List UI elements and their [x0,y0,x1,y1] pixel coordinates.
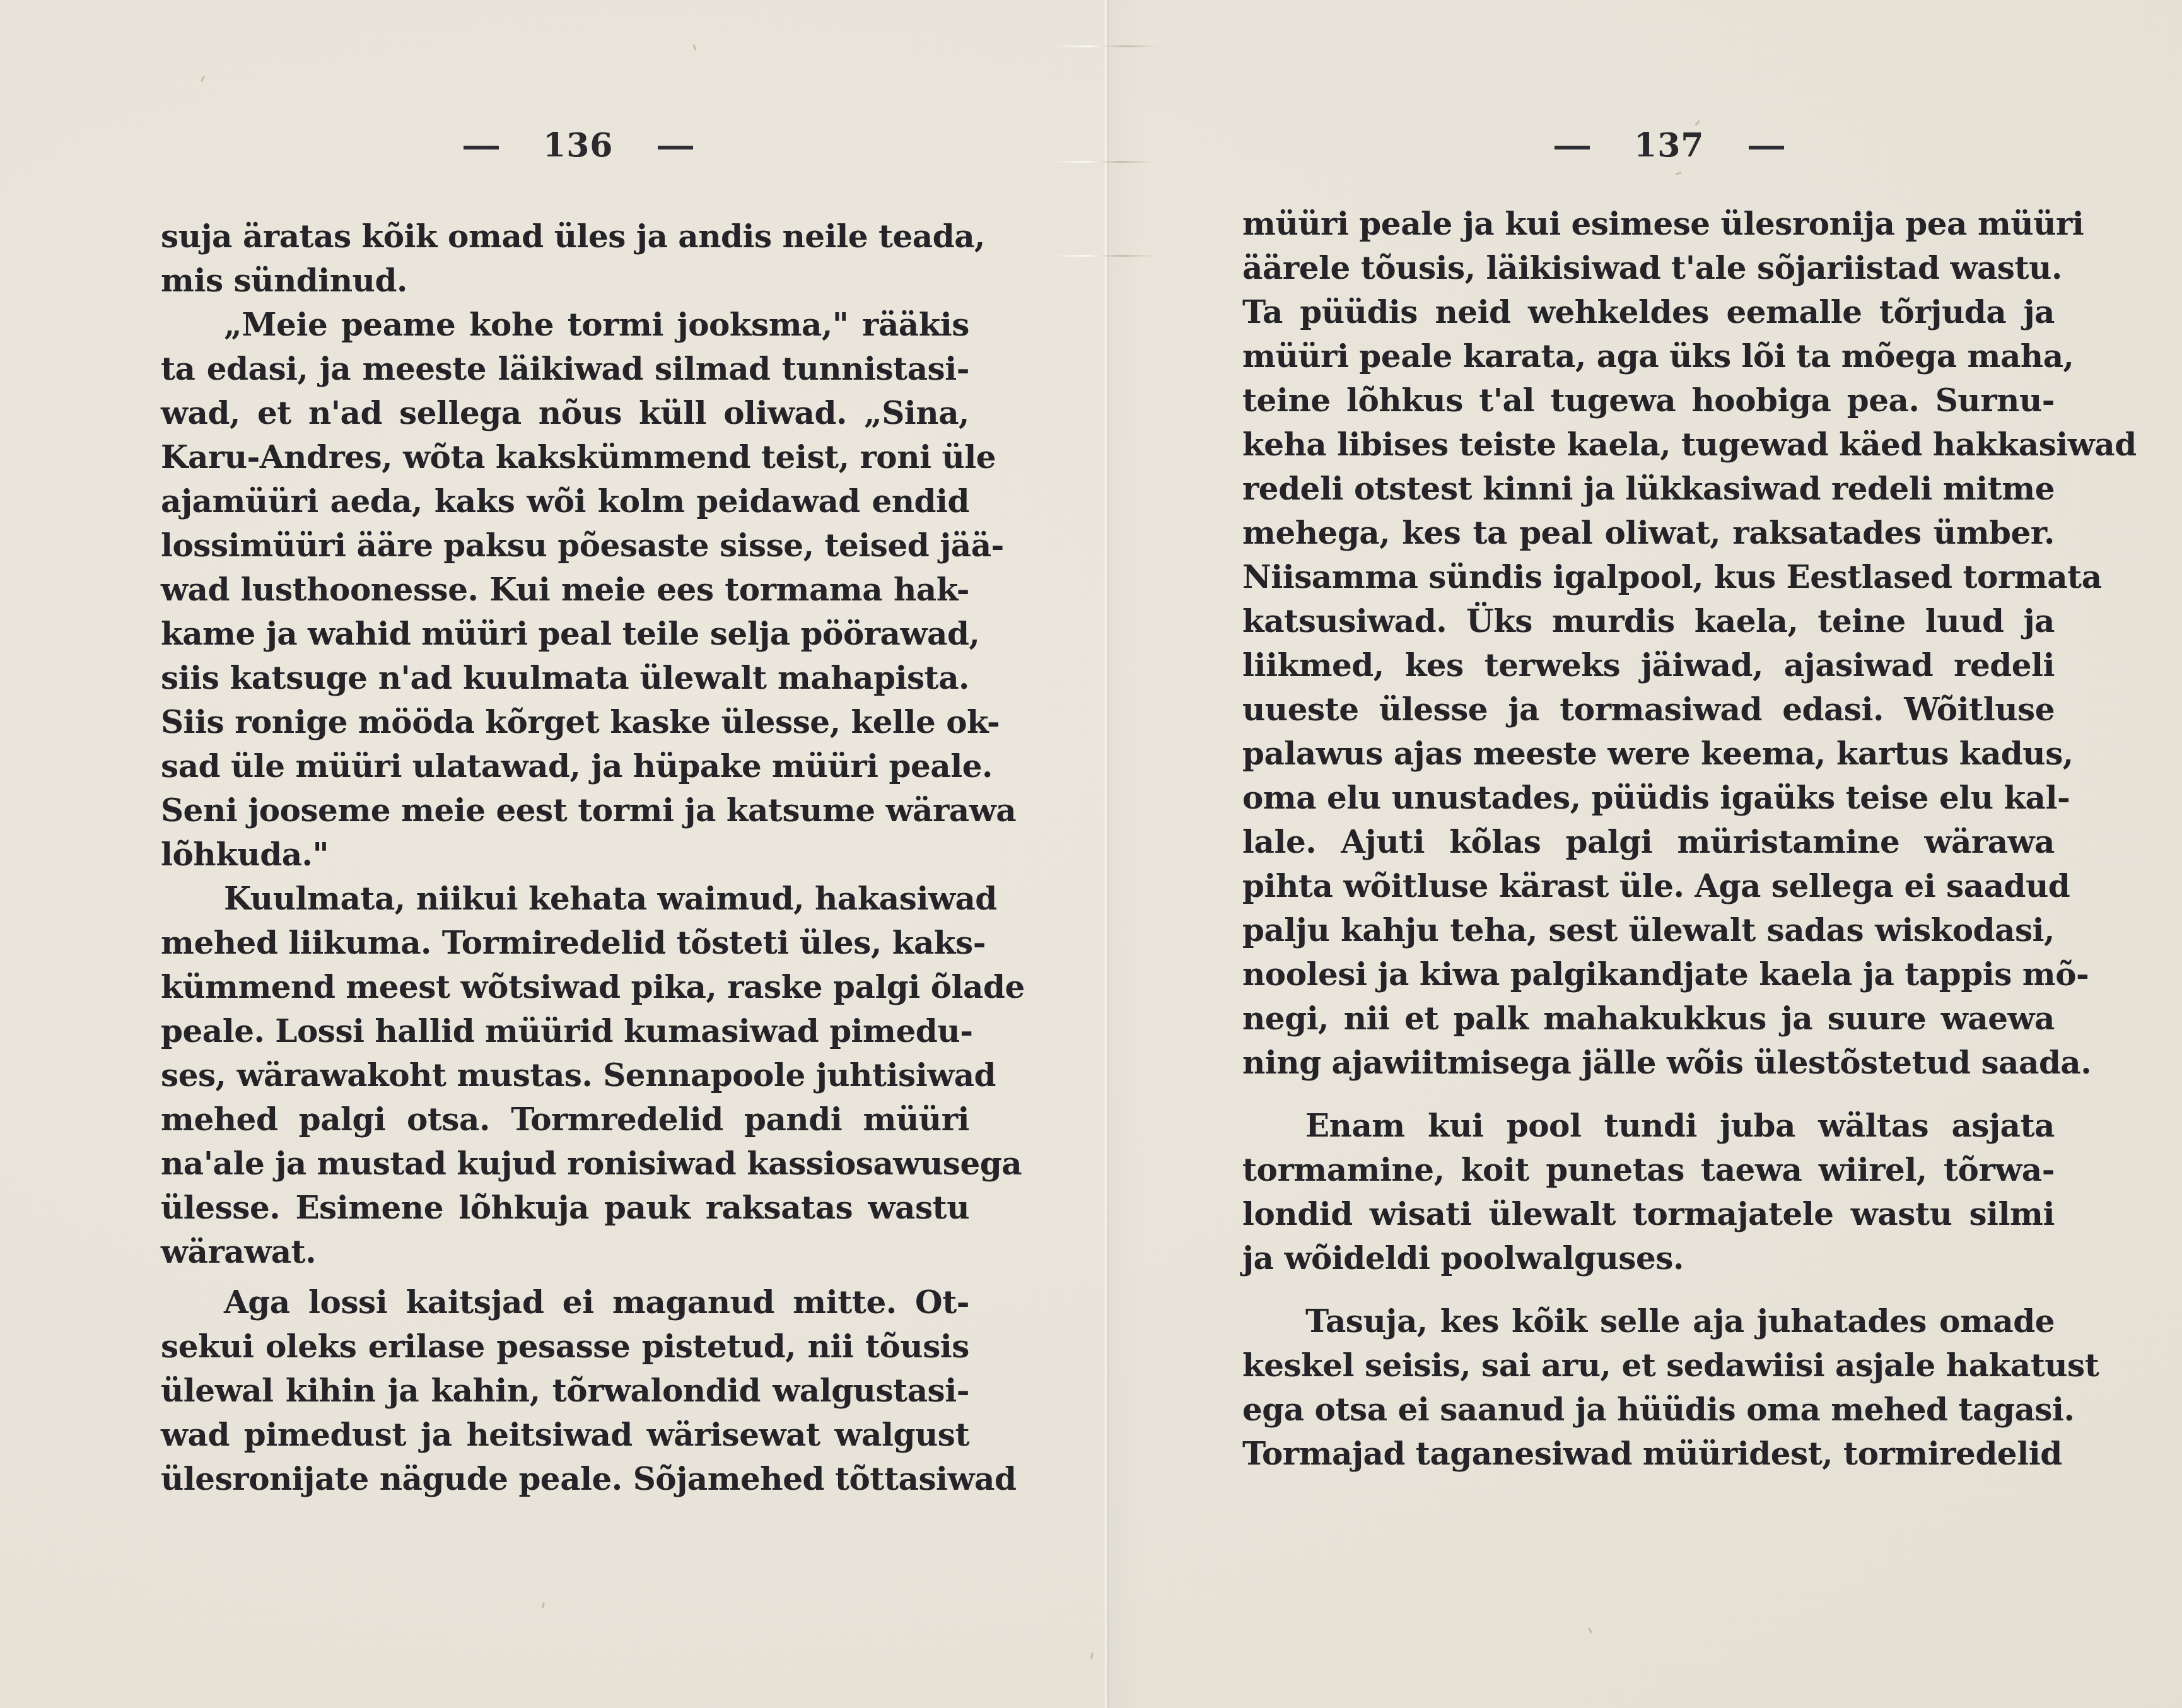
text-line: wad, et n'ad sellega nõus küll oliwad. „… [161,394,969,433]
text-line: kümmend meest wõtsiwad pika, raske palgi… [161,968,969,1007]
left-page: 136 suja äratas kõik omad üles ja andis … [0,0,1107,1708]
em-dash [658,146,693,149]
text-line: Enam kui pool tundi juba wältas asjata [1242,1106,2055,1145]
text-line: tormamine, koit punetas taewa wiirel, tõ… [1242,1150,2055,1190]
text-line: ülesronijate nägude peale. Sõjamehed tõt… [161,1459,969,1499]
text-line: Seni jooseme meie eest tormi ja katsume … [161,791,969,830]
text-line: siis katsuge n'ad kuulmata ülewalt mahap… [161,658,969,698]
text-line: mis sündinud. [161,261,969,300]
text-line: lõhkuda." [161,835,969,874]
text-line: redeli otstest kinni ja lükkasiwad redel… [1242,469,2055,508]
text-line: ja wõideldi poolwalguses. [1242,1239,2055,1278]
text-line: wad lusthoonesse. Kui meie ees tormama h… [161,570,969,609]
text-line: uueste ülesse ja tormasiwad edasi. Wõitl… [1242,690,2055,729]
text-line: mehed liikuma. Tormiredelid tõsteti üles… [161,923,969,962]
text-line: mehega, kes ta peal oliwat, raksatades ü… [1242,513,2055,553]
text-line: ülewal kihin ja kahin, tõrwalondid walgu… [161,1371,969,1410]
text-line: sad üle müüri ulatawad, ja hüpake müüri … [161,747,969,786]
text-line: Ta püüdis neid wehkeldes eemalle tõrjuda… [1242,293,2055,332]
text-line: peale. Lossi hallid müürid kumasiwad pim… [161,1012,969,1051]
text-line: katsusiwad. Üks murdis kaela, teine luud… [1242,602,2055,641]
right-page: 137 müüri peale ja kui esimese ülesronij… [1107,0,2182,1708]
text-line: noolesi ja kiwa palgikandjate kaela ja t… [1242,955,2055,994]
page-number-header: 136 [464,126,693,165]
text-line: lale. Ajuti kõlas palgi müristamine wära… [1242,822,2055,862]
text-line: müüri peale ja kui esimese ülesronija pe… [1242,204,2055,243]
page-number: 136 [543,126,614,165]
em-dash [1555,146,1590,149]
text-line: liikmed, kes terweks jäiwad, ajasiwad re… [1242,646,2055,685]
text-line: Tormajad taganesiwad müüridest, tormired… [1242,1434,2055,1473]
text-line: londid wisati ülewalt tormajatele wastu … [1242,1195,2055,1234]
text-line: wärawat. [161,1232,969,1272]
text-line: kame ja wahid müüri peal teile selja pöö… [161,614,969,653]
text-line: lossimüüri ääre paksu põesaste sisse, te… [161,526,969,565]
text-line: oma elu unustades, püüdis igaüks teise e… [1242,778,2055,817]
text-line: Tasuja, kes kõik selle aja juhatades oma… [1242,1302,2055,1341]
text-line: Karu-Andres, wõta kakskümmend teist, ron… [161,438,969,477]
text-line: ega otsa ei saanud ja hüüdis oma mehed t… [1242,1390,2055,1429]
text-line: müüri peale karata, aga üks lõi ta mõega… [1242,337,2055,376]
text-line: pihta wõitluse kärast üle. Aga sellega e… [1242,867,2055,906]
em-dash [464,146,499,149]
page-number-header: 137 [1555,126,1784,165]
em-dash [1749,146,1784,149]
text-line: na'ale ja mustad kujud ronisiwad kassios… [161,1144,969,1183]
text-line: teine lõhkus t'al tugewa hoobiga pea. Su… [1242,381,2055,420]
text-line: ning ajawiitmisega jälle wõis ülestõstet… [1242,1043,2055,1082]
text-line: Aga lossi kaitsjad ei maganud mitte. Ot- [161,1283,969,1322]
text-line: palawus ajas meeste were keema, kartus k… [1242,734,2055,773]
text-line: mehed palgi otsa. Tormredelid pandi müür… [161,1100,969,1139]
text-line: ta edasi, ja meeste läikiwad silmad tunn… [161,349,969,389]
text-line: Niisamma sündis igalpool, kus Eestlased … [1242,558,2055,597]
text-line: ajamüüri aeda, kaks wõi kolm peidawad en… [161,482,969,521]
text-line: ses, wärawakoht mustas. Sennapoole juhti… [161,1056,969,1095]
book-spread: 136 suja äratas kõik omad üles ja andis … [0,0,2182,1708]
text-line: „Meie peame kohe tormi jooksma," rääkis [161,305,969,344]
text-line: palju kahju teha, sest ülewalt sadas wis… [1242,911,2055,950]
text-line: äärele tõusis, läikisiwad t'ale sõjariis… [1242,249,2055,288]
text-line: sekui oleks erilase pesasse pistetud, ni… [161,1327,969,1366]
text-line: keskel seisis, sai aru, et sedawiisi asj… [1242,1346,2055,1385]
page-number: 137 [1634,126,1705,165]
text-line: wad pimedust ja heitsiwad wärisewat walg… [161,1415,969,1454]
text-line: ülesse. Esimene lõhkuja pauk raksatas wa… [161,1188,969,1227]
text-line: keha libises teiste kaela, tugewad käed … [1242,425,2055,464]
text-line: suja äratas kõik omad üles ja andis neil… [161,217,969,256]
text-line: Kuulmata, niikui kehata waimud, hakasiwa… [161,879,969,918]
text-line: Siis ronige mööda kõrget kaske ülesse, k… [161,703,969,742]
text-line: negi, nii et palk mahakukkus ja suure wa… [1242,999,2055,1038]
